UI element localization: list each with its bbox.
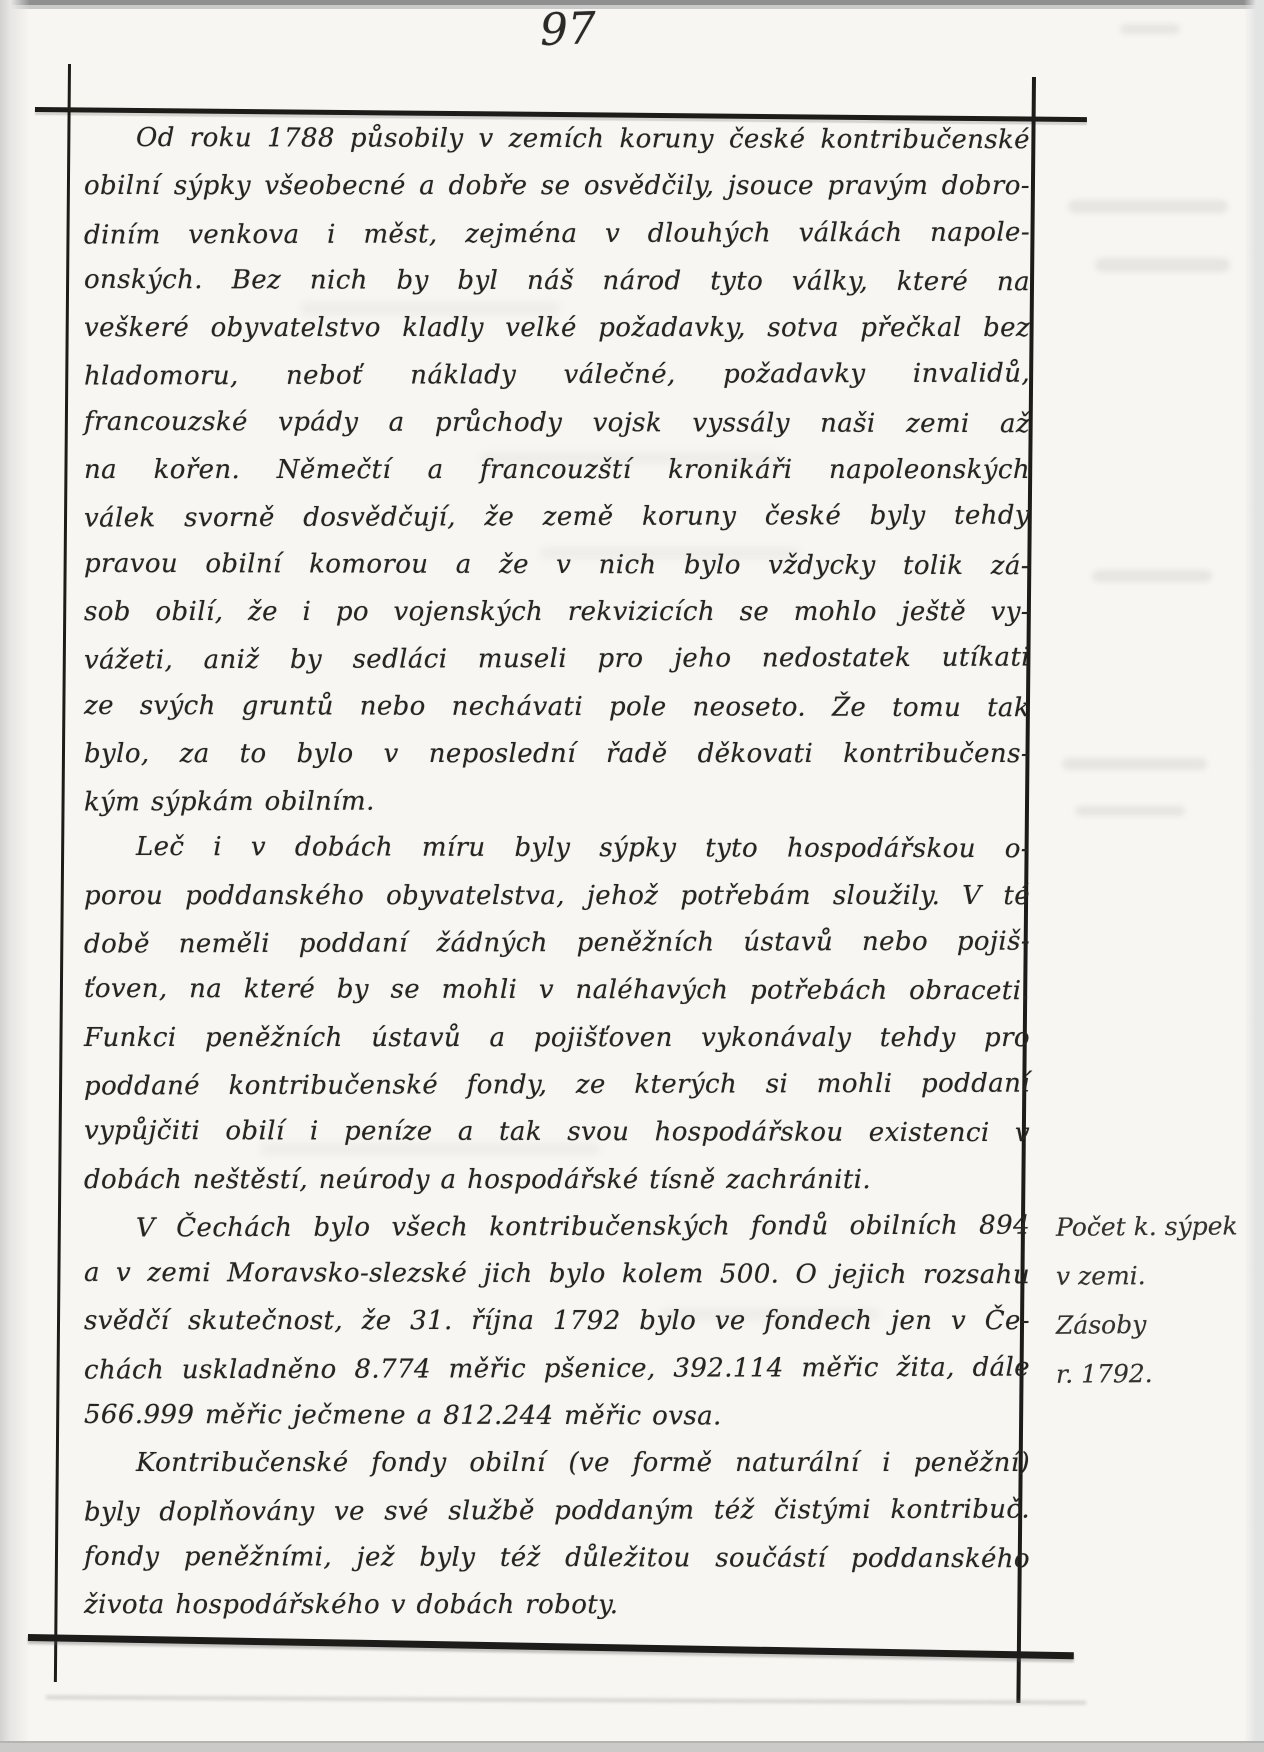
manuscript-line: Leč i v dobách míru byly sýpky tyto hosp… — [84, 824, 1030, 874]
manuscript-line: V Čechách bylo všech kontribučenských fo… — [84, 1202, 1030, 1252]
manuscript-line: obilní sýpky všeobecné a dobře se osvědč… — [84, 163, 1030, 210]
manuscript-line: na kořen. Němečtí a francouzští kronikář… — [84, 447, 1030, 494]
erased-note-smudge — [1092, 570, 1212, 582]
manuscript-line: ťoven, na které by se mohli v naléhavých… — [84, 966, 1030, 1016]
erased-note-smudge — [1068, 200, 1228, 213]
scanned-manuscript-page: 97 Od roku 1788 působily v zemích koruny… — [0, 0, 1264, 1752]
manuscript-line: válek svorně dosvědčují, že země koruny … — [84, 493, 1030, 543]
manuscript-line: porou poddanského obyvatelstva, jehož po… — [84, 873, 1030, 920]
manuscript-line: vypůjčiti obilí i peníze a tak svou hosp… — [84, 1108, 1030, 1158]
margin-note-line: Zásoby — [1056, 1299, 1261, 1349]
ruling-left-margin — [54, 64, 71, 1682]
manuscript-body: Od roku 1788 působily v zemích koruny če… — [84, 116, 1030, 1630]
page-number: 97 — [522, 2, 614, 56]
manuscript-line: poddané kontribučenské fondy, ze kterých… — [84, 1060, 1030, 1110]
ruling-bottom-line — [28, 1634, 1074, 1659]
manuscript-line: byly doplňovány ve své službě poddaným t… — [84, 1486, 1030, 1536]
manuscript-line: kým sýpkám obilním. — [84, 777, 1030, 827]
manuscript-line: Kontribučenské fondy obilní (ve formě na… — [84, 1440, 1030, 1487]
manuscript-line: Od roku 1788 působily v zemích koruny če… — [84, 115, 1030, 165]
margin-note-line: v zemi. — [1056, 1250, 1261, 1300]
scan-edge-bottom — [0, 1741, 1264, 1752]
manuscript-line: dobách neštěstí, neúrody a hospodářské t… — [84, 1157, 1030, 1204]
manuscript-line: bylo, za to bylo v neposlední řadě děkov… — [84, 731, 1030, 778]
manuscript-line: diním venkova i měst, zejména v dlouhých… — [84, 209, 1030, 259]
manuscript-line: svědčí skutečnost, že 31. října 1792 byl… — [84, 1298, 1030, 1345]
manuscript-line: veškeré obyvatelstvo kladly velké požada… — [84, 305, 1030, 352]
manuscript-line: onských. Bez nich by byl náš národ tyto … — [84, 257, 1030, 307]
manuscript-line: a v zemi Moravsko-slezské jich bylo kole… — [84, 1250, 1030, 1300]
manuscript-line: ze svých gruntů nebo nechávati pole neos… — [84, 682, 1030, 732]
manuscript-line: chách uskladněno 8.774 měřic pšenice, 39… — [84, 1344, 1030, 1394]
margin-note-line: Počet k. sýpek — [1056, 1201, 1261, 1251]
scan-edge-right — [1244, 0, 1264, 1752]
erased-note-smudge — [1120, 24, 1180, 34]
manuscript-line: hladomoru, neboť náklady válečné, požada… — [84, 351, 1030, 401]
ruling-bottom-ghost — [46, 1695, 1086, 1704]
scan-edge-left — [0, 0, 30, 1752]
manuscript-line: fondy peněžními, jež byly též důležitou … — [84, 1534, 1030, 1584]
manuscript-line: 566.999 měřic ječmene a 812.244 měřic ov… — [84, 1392, 1030, 1442]
manuscript-line: vážeti, aniž by sedláci museli pro jeho … — [84, 635, 1030, 685]
manuscript-line: života hospodářského v dobách roboty. — [84, 1582, 1030, 1629]
manuscript-line: sob obilí, že i po vojenských rekvizicíc… — [84, 589, 1030, 636]
scan-edge-top — [0, 0, 1264, 9]
manuscript-line: francouzské vpády a průchody vojsk vyssá… — [84, 399, 1030, 449]
margin-notes: Počet k. sýpekv zemi.Zásobyr. 1792. — [1056, 1202, 1261, 1398]
manuscript-line: době neměli poddaní žádných peněžních ús… — [84, 919, 1030, 969]
margin-note-line: r. 1792. — [1056, 1348, 1261, 1398]
manuscript-line: Funkci peněžních ústavů a pojišťoven vyk… — [84, 1015, 1030, 1062]
erased-note-smudge — [1062, 758, 1207, 770]
manuscript-line: pravou obilní komorou a že v nich bylo v… — [84, 541, 1030, 591]
erased-note-smudge — [1095, 258, 1230, 272]
erased-note-smudge — [1075, 806, 1185, 816]
